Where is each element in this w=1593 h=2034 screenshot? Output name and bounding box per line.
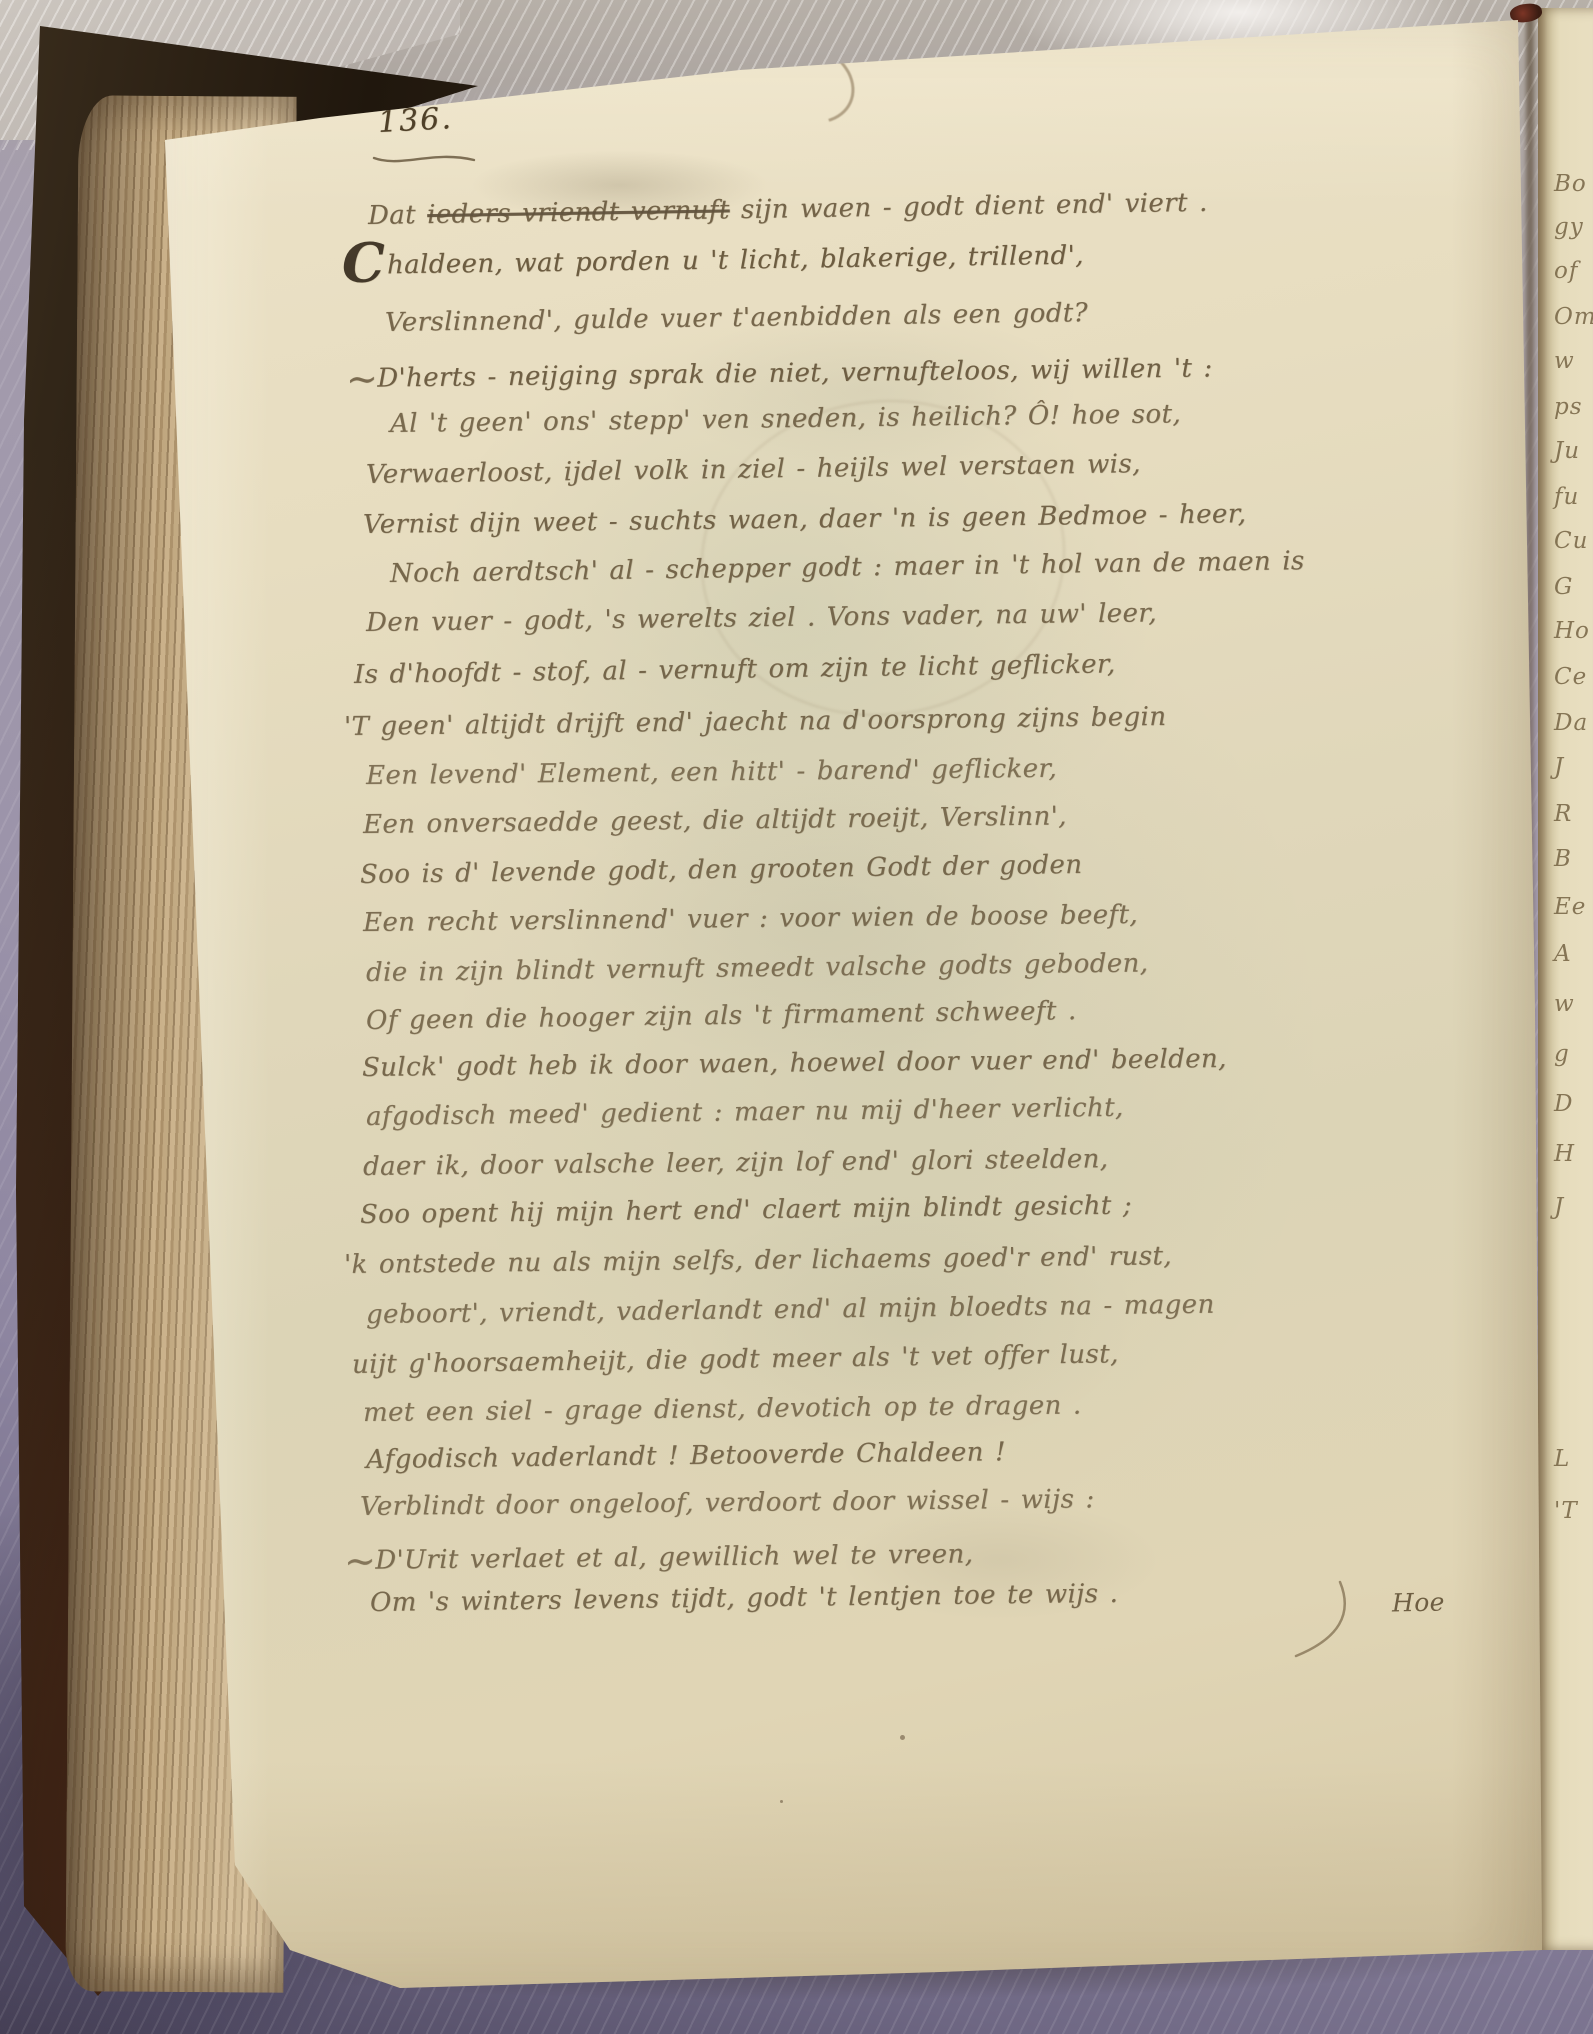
facing-page-text-fragment: gy	[1554, 216, 1584, 239]
facing-page-text-fragment: R	[1554, 803, 1572, 826]
manuscript-line: Is d'hoofdt - stof, al - vernuft om zijn…	[354, 651, 1116, 689]
facing-page-sliver: BogyofOmwpsJufuCuGHoCeDaJRBEeAwgDHJL'T	[1538, 8, 1593, 1950]
manuscript-line: Een levend' Element, een hitt' - barend'…	[366, 756, 1057, 791]
facing-page-text-fragment: J	[1554, 756, 1564, 779]
facing-page-text-fragment: Bo	[1554, 173, 1587, 196]
facing-page-text-fragment: ps	[1554, 396, 1583, 419]
manuscript-line: 'T geen' altijdt drijft end' jaecht na d…	[344, 704, 1167, 741]
facing-page-text-fragment: G	[1554, 576, 1573, 599]
page-number-underline-flourish	[372, 148, 482, 170]
handwritten-text: Dat	[368, 200, 428, 231]
handwritten-text: Sulck' godt heb ik door waen, hoewel doo…	[362, 1044, 1227, 1083]
manuscript-line: Al 't geen' ons' stepp' ven sneden, is h…	[390, 401, 1181, 438]
handwritten-text: ieders vriendt vernuft	[427, 195, 730, 230]
facing-page-text-fragment: Ce	[1554, 666, 1587, 689]
facing-page-text-fragment: B	[1554, 848, 1572, 871]
handwritten-text: Vernist dijn weet - suchts waen, daer 'n…	[363, 499, 1247, 540]
facing-page-text-fragment: g	[1554, 1043, 1570, 1066]
facing-page-text-fragment: 'T	[1554, 1500, 1578, 1523]
handwritten-text: daer ik, door valsche leer, zijn lof end…	[363, 1144, 1109, 1182]
handwritten-text: Is d'hoofdt - stof, al - vernuft om zijn…	[354, 649, 1116, 690]
facing-page-text-fragment: of	[1554, 260, 1578, 283]
facing-page-text-fragment: Ee	[1554, 896, 1586, 919]
manuscript-line: afgodisch meed' gedient : maer nu mij d'…	[366, 1095, 1124, 1132]
manuscript-line: ~D'herts - neijging sprak die niet, vern…	[346, 349, 1213, 399]
manuscript-line: Noch aerdtsch' al - schepper godt : maer…	[390, 548, 1305, 588]
ink-speck	[780, 1800, 783, 1803]
handwritten-text: ~	[346, 357, 379, 401]
facing-page-text-fragment: D	[1554, 1093, 1573, 1116]
facing-page-text-fragment: Ho	[1554, 620, 1590, 643]
manuscript-line: ~D'Urit verlaet et al, gewillich wel te …	[344, 1535, 974, 1581]
facing-page-text-fragment: w	[1554, 993, 1575, 1016]
facing-page-text-fragment: fu	[1554, 486, 1579, 509]
handwritten-text: Een levend' Element, een hitt' - barend'…	[366, 754, 1057, 791]
manuscript-line: Sulck' godt heb ik door waen, hoewel doo…	[362, 1046, 1227, 1082]
manuscript-line: Chaldeen, wat porden u 't licht, blakeri…	[342, 243, 1084, 281]
facing-page-text-fragment: Om	[1554, 306, 1593, 329]
handwritten-text: D'Urit verlaet et al, gewillich wel te v…	[375, 1539, 973, 1575]
handwritten-text: afgodisch meed' gedient : maer nu mij d'…	[366, 1093, 1124, 1132]
manuscript-page: 136. Dat ieders vriendt vernuft sijn wae…	[140, 10, 1550, 2000]
photo-of-open-manuscript-book: BogyofOmwpsJufuCuGHoCeDaJRBEeAwgDHJL'T 1…	[0, 0, 1593, 2034]
handwritten-text: 'T geen' altijdt drijft end' jaecht na d…	[344, 702, 1167, 742]
handwritten-text: Afgodisch vaderlandt ! Betooverde Chalde…	[366, 1437, 1006, 1475]
facing-page-text-fragment: Cu	[1554, 530, 1588, 553]
facing-page-text-fragment: L	[1554, 1448, 1570, 1471]
handwritten-text: D'herts - neijging sprak die niet, vernu…	[377, 353, 1213, 393]
manuscript-line: Afgodisch vaderlandt ! Betooverde Chalde…	[366, 1439, 1006, 1474]
facing-page-text-fragment: H	[1554, 1143, 1575, 1166]
manuscript-line: daer ik, door valsche leer, zijn lof end…	[363, 1146, 1109, 1181]
illuminated-initial: C	[342, 230, 386, 295]
facing-page-text-fragment: J	[1554, 1196, 1564, 1219]
handwritten-text: Al 't geen' ons' stepp' ven sneden, is h…	[390, 399, 1181, 439]
handwritten-text: ~	[344, 1539, 377, 1583]
facing-page-text-fragment: A	[1554, 943, 1572, 966]
handwritten-text: Noch aerdtsch' al - schepper godt : maer…	[390, 546, 1305, 589]
facing-page-text-fragment: w	[1554, 350, 1575, 373]
pen-flourish-tail	[1280, 1570, 1400, 1690]
ink-speck	[900, 1735, 905, 1740]
facing-page-text-fragment: Ju	[1554, 440, 1580, 463]
manuscript-line: Vernist dijn weet - suchts waen, daer 'n…	[363, 501, 1247, 539]
facing-page-text-fragment: Da	[1554, 712, 1588, 735]
handwritten-text: haldeen, wat porden u 't licht, blakerig…	[387, 241, 1084, 281]
handwritten-text: sijn waen - godt dient end' viert .	[729, 188, 1207, 226]
